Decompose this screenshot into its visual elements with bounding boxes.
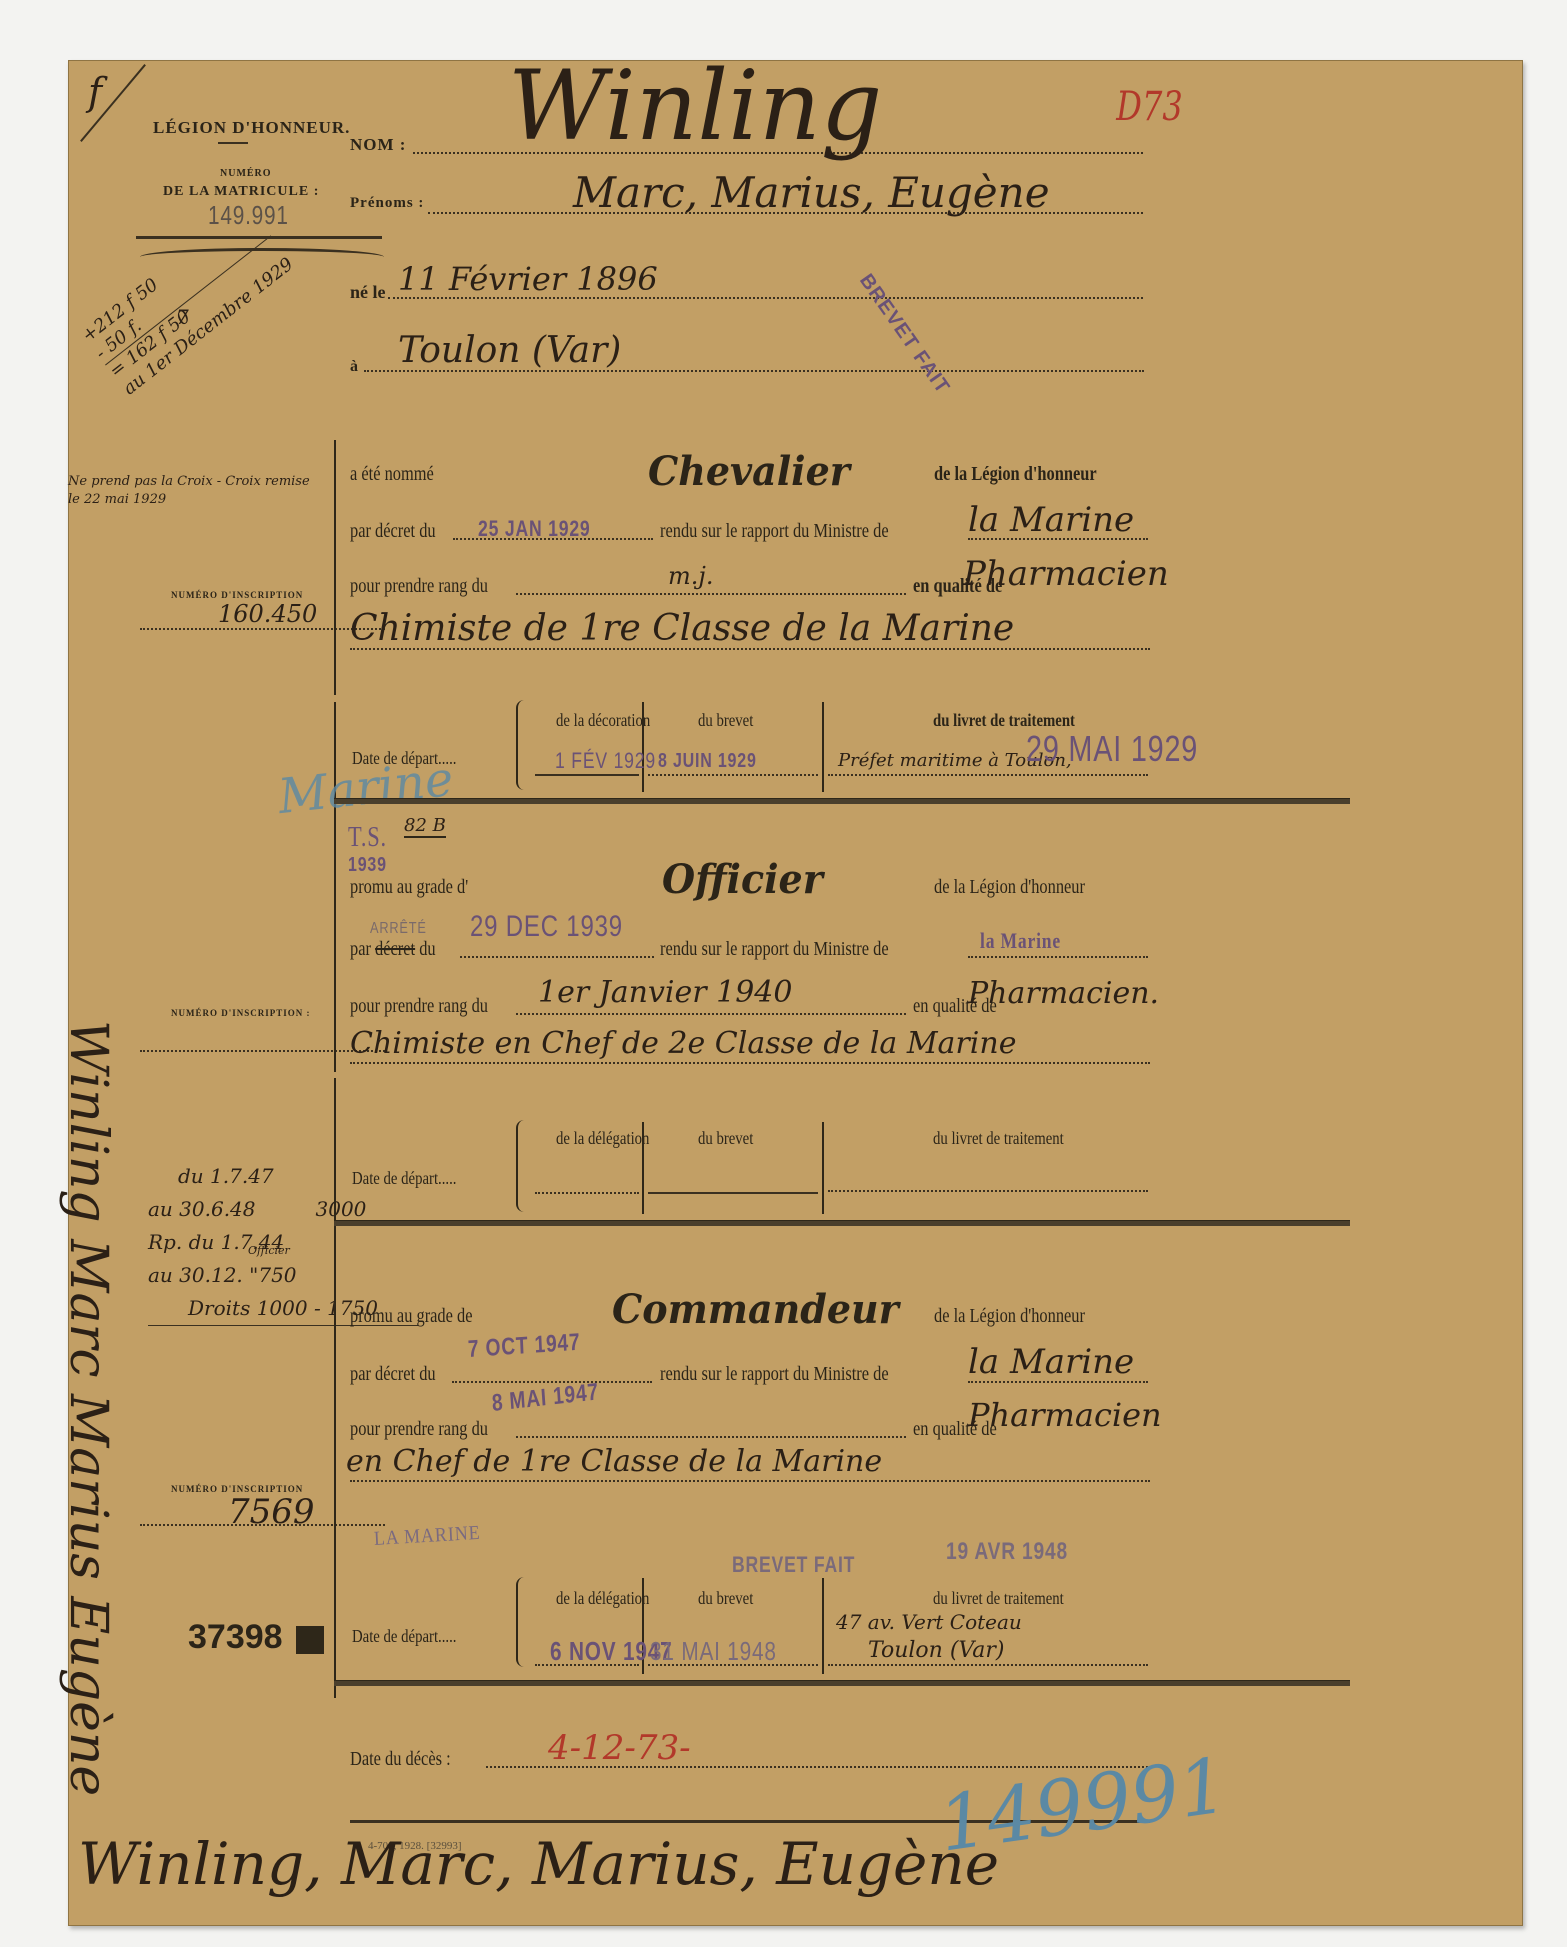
officier-depart-label: Date de départ..... [352, 1168, 457, 1189]
officier-qualite: Pharmacien. [968, 976, 1159, 1011]
officier-col2-line [648, 1192, 818, 1194]
card-number: 37398 [188, 1618, 283, 1657]
pay-line-2-text: au 30.6.48 [148, 1197, 256, 1221]
year-stamp: 1939 [348, 854, 387, 877]
commandeur-col2-value: 31 MAI 1948 [650, 1636, 777, 1667]
brevet-fait-stamp: BREVET FAIT [854, 270, 954, 399]
officier-decret-label: par décret du [350, 938, 436, 961]
pay-line-4-text: au 30.12. " [148, 1263, 258, 1287]
officier-decret-line [460, 956, 654, 958]
officier-du: du [419, 938, 435, 960]
section-divider-3 [334, 1680, 1350, 1686]
chevalier-suffix: de la Légion d'honneur [934, 463, 1097, 486]
commandeur-col2-label: du brevet [698, 1588, 753, 1609]
pay-line-4-amount: 750 [258, 1263, 296, 1287]
officier-col-divider-2 [822, 1122, 824, 1214]
commandeur-brace [516, 1577, 526, 1667]
officier-col1-label: de la délégation [556, 1128, 649, 1149]
commandeur-col1-label: de la délégation [556, 1588, 649, 1609]
chevalier-decret-stamp: 25 JAN 1929 [478, 516, 591, 542]
section-divider-2 [334, 1220, 1350, 1226]
chevalier-intro: a été nommé [350, 463, 434, 486]
chevalier-col1-label: de la décoration [556, 710, 650, 731]
chevalier-col1-line [535, 774, 639, 776]
legion-honneur-record-card: f LÉGION D'HONNEUR. NUMÉRO DE LA MATRICU… [68, 60, 1523, 1926]
officier-rapport-label: rendu sur le rapport du Ministre de [660, 938, 889, 961]
commandeur-suffix: de la Légion d'honneur [934, 1305, 1085, 1328]
ne-le-label: né le [350, 282, 386, 303]
inscription-value-3: 7569 [228, 1492, 315, 1532]
officier-rang-label: pour prendre rang du [350, 995, 488, 1018]
matricule-label: DE LA MATRICULE : [163, 184, 319, 200]
pay-note-officier: Officier [248, 1244, 290, 1257]
commandeur-rang-stamp: 8 MAI 1947 [491, 1378, 600, 1418]
note-croix-line-1: Ne prend pas la Croix - Croix remise [68, 474, 310, 489]
officier-rang-line [516, 1013, 906, 1015]
commandeur-rang-label: pour prendre rang du [350, 1418, 488, 1441]
commandeur-decret-label: par décret du [350, 1363, 436, 1386]
chevalier-col2-value: 8 JUIN 1929 [658, 750, 757, 773]
a-label: à [350, 358, 358, 376]
officier-par: par [350, 938, 371, 960]
inscription-value-1: 160.450 [218, 600, 317, 628]
chevalier-rang: m.j. [668, 562, 713, 590]
corner-mark: f [88, 70, 102, 114]
commandeur-col3-value-2: Toulon (Var) [868, 1638, 1005, 1663]
bracket-line-2 [334, 702, 336, 1072]
note-croix-line-2: le 22 mai 1929 [68, 492, 166, 507]
officier-decret-stamp: 29 DEC 1939 [470, 910, 623, 944]
card-number-block [296, 1626, 324, 1654]
chevalier-qualite: Pharmacien [963, 554, 1169, 594]
commandeur-col3-label: du livret de traitement [933, 1588, 1064, 1609]
officier-decret-struck: décret [375, 938, 415, 960]
commandeur-decret-stamp: 7 OCT 1947 [467, 1329, 581, 1364]
nom-value: Winling [508, 50, 882, 162]
bottom-signature-name: Winling, Marc, Marius, Eugène [78, 1830, 999, 1898]
legion-honneur-title: LÉGION D'HONNEUR. [153, 118, 350, 138]
deces-value: 4-12-73- [548, 1728, 691, 1768]
nom-label: NOM : [350, 135, 406, 155]
chevalier-brace [516, 700, 526, 790]
chevalier-decret-label: par décret du [350, 520, 436, 543]
commandeur-qualite-cont: en Chef de 1re Classe de la Marine [346, 1444, 882, 1479]
matricule-label-numero: NUMÉRO [220, 168, 272, 179]
chevalier-col3-line [828, 774, 1148, 776]
prenoms-value: Marc, Marius, Eugène [573, 168, 1050, 217]
vertical-signature-name: Winling Marc Marius Eugène [58, 1020, 118, 1796]
ts-note: 82 B [404, 815, 446, 838]
chevalier-grade: Chevalier [648, 448, 850, 495]
a-value: Toulon (Var) [398, 330, 621, 371]
inscription-label-1: NUMÉRO D'INSCRIPTION [171, 590, 303, 600]
officier-col3-label: du livret de traitement [933, 1128, 1064, 1149]
officier-col2-label: du brevet [698, 1128, 753, 1149]
commandeur-col3-value-1: 47 av. Vert Coteau [836, 1610, 1022, 1634]
reference-code: D73 [1116, 84, 1182, 130]
chevalier-col1-value: 1 FÉV 1929 [555, 748, 656, 774]
chevalier-col3-stamp: 29 MAI 1929 [1026, 728, 1198, 770]
commandeur-intro: promu au grade de [350, 1305, 473, 1328]
chevalier-rapport-label: rendu sur le rapport du Ministre de [660, 520, 889, 543]
inscription-line-2 [140, 1050, 385, 1052]
commandeur-brevet-fait-stamp: BREVET FAIT [732, 1552, 855, 1578]
officier-suffix: de la Légion d'honneur [934, 876, 1085, 899]
margin-calculation: +212 f 50 - 50 f. = 162 f 50 au 1er Déce… [78, 201, 298, 400]
inscription-line-1 [140, 628, 385, 630]
officier-rang: 1er Janvier 1940 [538, 975, 792, 1010]
section-divider-1 [334, 798, 1350, 804]
arrete-stamp: ARRÊTÉ [370, 920, 427, 938]
commandeur-ministre: la Marine [968, 1342, 1134, 1382]
officier-qualite-cont-line [350, 1062, 1150, 1064]
pay-line-2-amount: 3000 [316, 1197, 367, 1221]
officier-ministre: la Marine [980, 928, 1061, 954]
commandeur-qualite: Pharmacien [968, 1396, 1162, 1434]
prenoms-label: Prénoms : [350, 195, 424, 212]
commandeur-rapport-label: rendu sur le rapport du Ministre de [660, 1363, 889, 1386]
deces-label: Date du décès : [350, 1748, 451, 1771]
commandeur-col-divider-2 [822, 1578, 824, 1674]
commandeur-rang-line [516, 1436, 906, 1438]
officier-ministre-line [968, 956, 1148, 958]
commandeur-livret-date-stamp: 19 AVR 1948 [946, 1538, 1068, 1566]
chevalier-ministre: la Marine [968, 500, 1134, 540]
officier-qualite-cont: Chimiste en Chef de 2e Classe de la Mari… [350, 1026, 1016, 1061]
commandeur-depart-label: Date de départ..... [352, 1626, 457, 1647]
ts-stamp: T.S. [348, 822, 387, 854]
officier-intro: promu au grade d' [350, 876, 468, 899]
commandeur-grade: Commandeur [612, 1286, 899, 1333]
pay-line-4: au 30.12. "750 [148, 1259, 418, 1292]
chevalier-col2-line [648, 774, 818, 776]
bracket-line-1 [334, 440, 336, 695]
officier-col1-line [535, 1192, 639, 1194]
chevalier-col2-label: du brevet [698, 710, 753, 731]
la-marine-stamp: LA MARINE [373, 1522, 481, 1551]
chevalier-rang-line [516, 593, 906, 595]
bracket-line-3 [334, 1078, 336, 1698]
chevalier-col-divider-2 [822, 702, 824, 792]
officier-grade: Officier [662, 856, 823, 903]
chevalier-rang-label: pour prendre rang du [350, 575, 488, 598]
title-rule [218, 142, 248, 144]
officier-brace [516, 1120, 526, 1212]
officier-col3-line [828, 1190, 1148, 1192]
inscription-label-2: NUMÉRO D'INSCRIPTION : [171, 1008, 311, 1018]
calc-mark: 7 [176, 305, 189, 329]
commandeur-qualite-cont-line [350, 1480, 1150, 1482]
ne-le-value: 11 Février 1896 [398, 260, 658, 298]
marine-blue-annotation: Marine [276, 751, 456, 825]
chevalier-qualite-cont: Chimiste de 1re Classe de la Marine [350, 608, 1014, 649]
commandeur-col3-line [828, 1664, 1148, 1666]
